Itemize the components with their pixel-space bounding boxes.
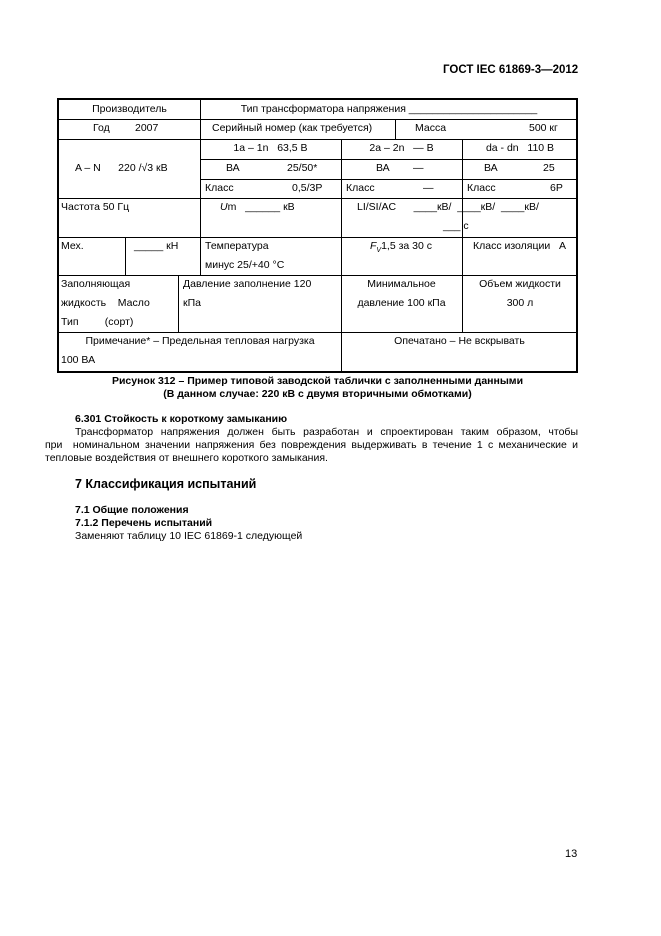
- col-divider: [178, 275, 179, 332]
- mech-label: Мех.: [61, 237, 84, 256]
- winding1-class-value: 0,5/3P: [292, 179, 322, 198]
- sealed-notice: Опечатано – Не вскрывать: [341, 332, 578, 351]
- year-label: Год: [93, 119, 110, 138]
- nameplate-table: Производитель Тип трансформатора напряже…: [57, 98, 578, 373]
- insulation-levels: LI/SI/AC ____кВ/ ____кВ/ ____кВ/: [357, 198, 539, 217]
- temperature-label: Температура: [205, 237, 269, 256]
- fill-pressure-unit: кПа: [183, 294, 201, 313]
- fill-pressure: Давление заполнение 120: [183, 275, 311, 294]
- note-text: Примечание* – Предельная тепловая нагруз…: [59, 332, 341, 351]
- note-value: 100 ВА: [61, 351, 95, 370]
- winding2-va-label: ВА: [376, 159, 390, 178]
- row-divider: [200, 179, 578, 180]
- frequency-label: Частота 50 Гц: [61, 198, 129, 217]
- primary-voltage: A – N 220 /√3 кВ: [75, 159, 168, 178]
- figure-caption: Рисунок 312 – Пример типовой заводской т…: [57, 375, 578, 388]
- document-code: ГОСТ IEC 61869-3—2012: [443, 64, 578, 76]
- min-pressure-value: давление 100 кПа: [341, 294, 462, 313]
- winding3-va-label: ВА: [484, 159, 498, 178]
- section-7-1-heading: 7.1 Общие положения: [75, 503, 189, 517]
- transformer-type-label: Тип трансформатора напряжения __________…: [200, 100, 578, 119]
- fv-value: 1,5 за 30 с: [381, 240, 432, 252]
- serial-number-label: Серийный номер (как требуется): [212, 119, 372, 138]
- year-value: 2007: [135, 119, 158, 138]
- mass-value: 500 кг: [529, 119, 558, 138]
- section-6301-line1: Трансформатор напряжения должен быть раз…: [75, 425, 578, 439]
- section-7-1-2-heading: 7.1.2 Перечень испытаний: [75, 516, 212, 530]
- section-7-heading: 7 Классификация испытаний: [75, 477, 256, 491]
- fluid-value: жидкость Масло: [61, 294, 150, 313]
- winding1-va-label: ВА: [226, 159, 240, 178]
- fluid-volume-label: Объем жидкости: [462, 275, 578, 294]
- mass-label: Масса: [415, 119, 446, 138]
- section-7-body: Заменяют таблицу 10 IEC 61869-1 следующе…: [75, 529, 302, 543]
- winding3-class-label: Класс: [467, 179, 496, 198]
- winding3-class-value: 6P: [550, 179, 563, 198]
- winding2-class-label: Класс: [346, 179, 375, 198]
- fv-rating: FV1,5 за 30 с: [370, 237, 432, 260]
- winding2-va-value: —: [413, 159, 424, 178]
- page-number: 13: [565, 848, 577, 860]
- um-symbol: U: [220, 201, 228, 213]
- winding1-va-value: 25/50*: [287, 159, 317, 178]
- min-pressure-label: Минимальное: [341, 275, 462, 294]
- section-6301-line2: при номинальном значении напряжения без …: [45, 438, 578, 452]
- mech-value: _____ кН: [134, 237, 178, 256]
- col-divider: [125, 237, 126, 275]
- section-6301-title: 6.301 Стойкость к короткому замыканию: [75, 412, 287, 426]
- winding1-class-label: Класс: [205, 179, 234, 198]
- fluid-volume-value: 300 л: [462, 294, 578, 313]
- insulation-duration: ___ с: [443, 217, 469, 236]
- col-divider: [341, 139, 342, 275]
- manufacturer-label: Производитель: [59, 100, 200, 119]
- winding2-terminal: 2a – 2n — В: [341, 139, 462, 158]
- fluid-label: Заполняющая: [61, 275, 130, 294]
- winding1-terminal: 1a – 1n 63,5 В: [200, 139, 341, 158]
- winding3-va-value: 25: [543, 159, 555, 178]
- col-divider: [395, 119, 396, 139]
- winding3-terminal: da - dn 110 В: [462, 139, 578, 158]
- figure-caption-subtitle: (В данном случае: 220 кВ с двумя вторичн…: [57, 388, 578, 401]
- fluid-type: Тип (сорт): [61, 313, 133, 332]
- um-value: ______ кВ: [245, 201, 295, 213]
- temperature-value: минус 25/+40 °C: [205, 256, 284, 275]
- col-divider: [200, 100, 201, 275]
- insulation-class: Класс изоляции A: [473, 237, 566, 256]
- winding2-class-value: —: [423, 179, 434, 198]
- um-rating: Um ______ кВ: [220, 198, 295, 217]
- section-6301-line3: тепловые воздействия от внешнего коротко…: [45, 451, 328, 465]
- um-subscript: m: [228, 201, 237, 213]
